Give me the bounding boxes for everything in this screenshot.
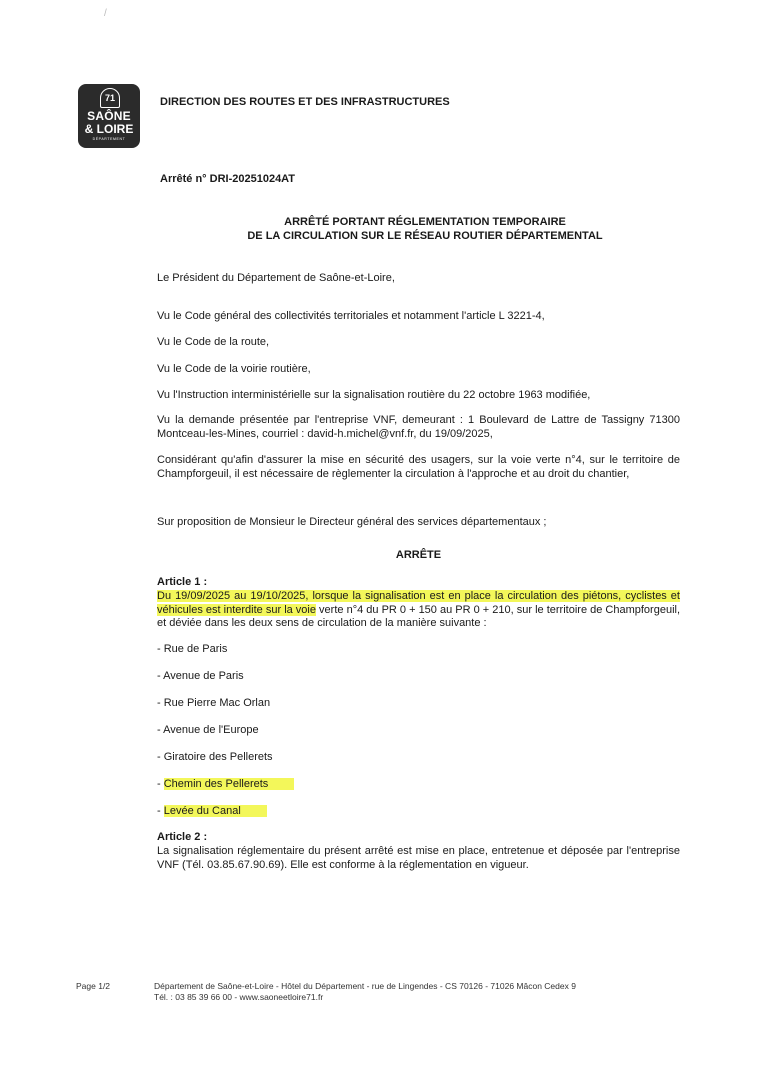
considerant: Considérant qu'afin d'assurer la mise en…	[157, 454, 680, 481]
vu-cgct: Vu le Code général des collectivités ter…	[157, 310, 680, 324]
deviation-route-item: - Avenue de Paris	[157, 670, 680, 684]
title-line1: ARRÊTÉ PORTANT RÉGLEMENTATION TEMPORAIRE	[150, 216, 700, 228]
logo-line3: DÉPARTEMENT	[78, 137, 140, 141]
article1-text: Du 19/09/2025 au 19/10/2025, lorsque la …	[157, 590, 680, 631]
vu-demande: Vu la demande présentée par l'entreprise…	[157, 414, 680, 441]
president-line: Le Président du Département de Saône-et-…	[157, 272, 680, 286]
logo-line1: SAÔNE	[78, 109, 140, 123]
direction-header: DIRECTION DES ROUTES ET DES INFRASTRUCTU…	[160, 96, 450, 108]
logo-line2: & LOIRE	[78, 122, 140, 136]
saone-et-loire-logo: 71 SAÔNE & LOIRE DÉPARTEMENT	[78, 84, 140, 148]
arrete-heading: ARRÊTE	[157, 549, 680, 563]
title-line2: DE LA CIRCULATION SUR LE RÉSEAU ROUTIER …	[150, 230, 700, 242]
route-label: Giratoire des Pellerets	[164, 751, 273, 763]
arrete-reference: Arrêté n° DRI-20251024AT	[160, 173, 295, 185]
route-label: Rue Pierre Mac Orlan	[164, 697, 270, 709]
deviation-route-item: - Chemin des Pellerets	[157, 778, 680, 792]
vu-code-route: Vu le Code de la route,	[157, 336, 680, 350]
route-label: Levée du Canal	[164, 805, 267, 817]
route-label: Chemin des Pellerets	[164, 778, 295, 790]
route-label: Avenue de l'Europe	[163, 724, 258, 736]
scan-mark: /	[104, 8, 107, 19]
proposition: Sur proposition de Monsieur le Directeur…	[157, 516, 680, 530]
deviation-route-item: - Giratoire des Pellerets	[157, 751, 680, 765]
footer-address: Département de Saône-et-Loire - Hôtel du…	[154, 981, 576, 991]
logo-number: 71	[100, 88, 120, 108]
deviation-route-item: - Rue Pierre Mac Orlan	[157, 697, 680, 711]
deviation-route-item: - Avenue de l'Europe	[157, 724, 680, 738]
article2-heading: Article 2 :	[157, 831, 680, 845]
deviation-route-item: - Levée du Canal	[157, 805, 680, 819]
page-number: Page 1/2	[76, 981, 110, 991]
article1-heading: Article 1 :	[157, 576, 680, 590]
vu-instruction: Vu l'Instruction interministérielle sur …	[157, 389, 680, 403]
vu-code-voirie: Vu le Code de la voirie routière,	[157, 363, 680, 377]
route-label: Avenue de Paris	[163, 670, 244, 682]
route-label: Rue de Paris	[164, 643, 228, 655]
deviation-route-item: - Rue de Paris	[157, 643, 680, 657]
footer-contact: Tél. : 03 85 39 66 00 - www.saoneetloire…	[154, 992, 323, 1002]
article2-text: La signalisation réglementaire du présen…	[157, 845, 680, 872]
